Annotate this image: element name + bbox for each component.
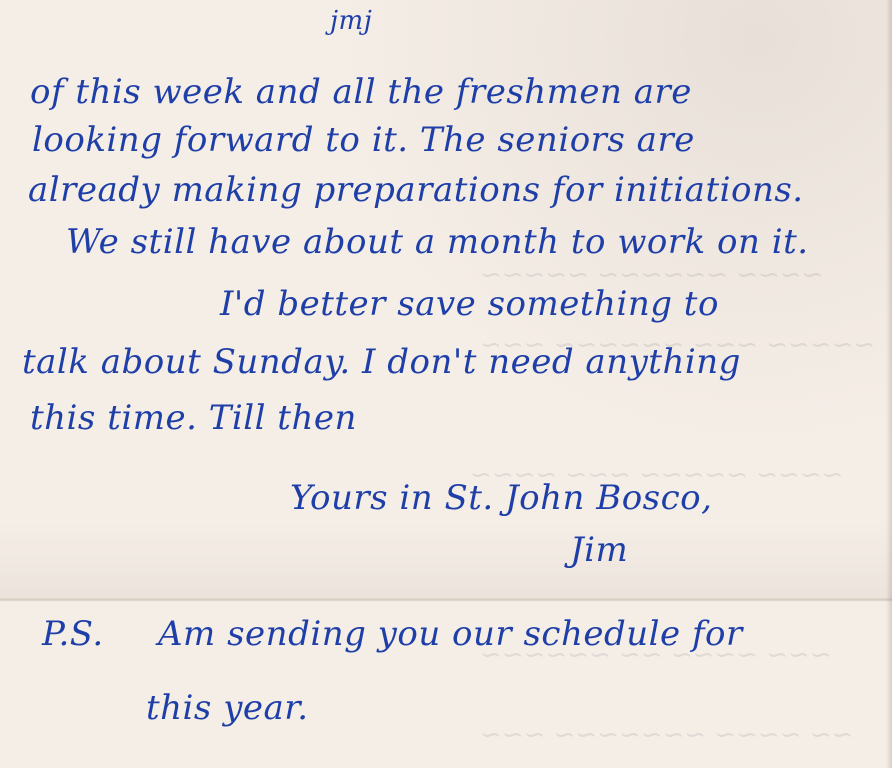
reverse-side-bleed: ~~ ~~~~ ~~~~~~~ ~~~: [480, 720, 853, 750]
postscript-line-2: this year.: [146, 688, 309, 728]
page-marker: jmj: [330, 6, 372, 36]
postscript-line-1: Am sending you our schedule for: [158, 614, 743, 654]
fold-shadow: [0, 520, 892, 600]
letter-line-3: already making preparations for initiati…: [28, 170, 804, 210]
postscript-label: P.S.: [42, 614, 104, 654]
letter-line-6: talk about Sunday. I don't need anything: [22, 342, 741, 382]
letter-page: ~~~~ ~~~~~~ ~~~~~ ~~~~~ ~~~ ~~~~~~ ~~~ ~…: [0, 0, 892, 768]
letter-line-4: We still have about a month to work on i…: [66, 222, 809, 262]
letter-line-2: looking forward to it. The seniors are: [32, 120, 695, 160]
letter-line-5: I'd better save something to: [220, 284, 719, 324]
letter-closing: Yours in St. John Bosco,: [290, 478, 712, 518]
paper-edge-shadow: [886, 0, 892, 768]
letter-line-1: of this week and all the freshmen are: [30, 72, 692, 112]
letter-line-7: this time. Till then: [30, 398, 357, 438]
letter-signature: Jim: [570, 530, 628, 570]
paper-fold-crease: [0, 598, 892, 602]
